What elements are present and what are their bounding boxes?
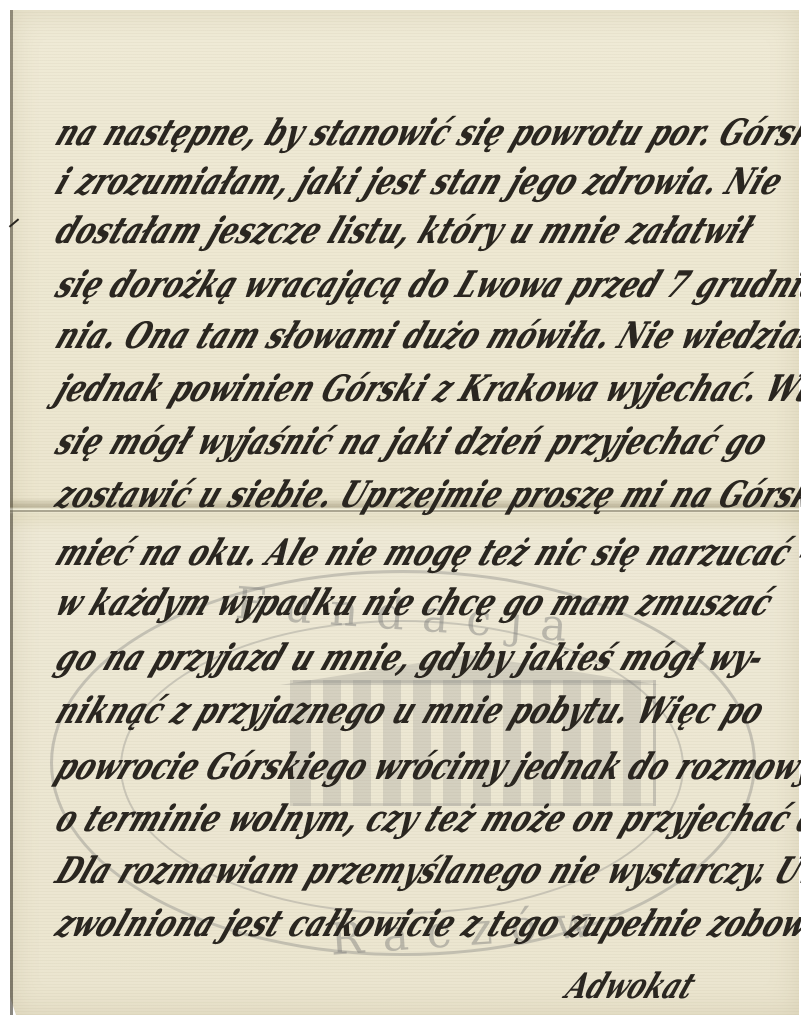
letter-line: niknąć z przyjaznego u mnie pobytu. Więc… — [50, 691, 771, 733]
signature: Adwokat — [560, 967, 701, 1008]
letter-line: go na przyjazd u mnie, gdyby jakieś mógł… — [50, 638, 771, 680]
letter-line: i zrozumiałam, jaki jest stan jego zdrow… — [50, 162, 790, 204]
letter-line: się dorożką wracającą do Lwowa przed 7 g… — [50, 265, 801, 307]
letter-line: w każdym wypadku nie chcę go mam zmuszać — [50, 583, 779, 625]
letter-line: nia. Ona tam słowami dużo mówiła. Nie wi… — [50, 316, 801, 358]
letter-line: Dla rozmawiam przemyślanego nie wystarcz… — [50, 851, 801, 893]
letter-line: na następne, by stanowić się powrotu por… — [50, 113, 801, 155]
letter-line: o terminie wolnym, czy też może on przyj… — [50, 799, 801, 841]
letter-line: się mógł wyjaśnić na jaki dzień przyjech… — [50, 422, 774, 464]
letter-line: zwolniona jest całkowicie z tego zupełni… — [50, 904, 801, 946]
letter-line: powrocie Górskiego wrócimy jednak do roz… — [50, 747, 801, 789]
letter-line: dostałam jeszcze listu, który u mnie zał… — [50, 211, 759, 253]
letter-line: mieć na oku. Ale nie mogę też nic się na… — [50, 533, 801, 575]
letter-line: zostawić u siebie. Uprzejmie proszę mi n… — [50, 475, 801, 517]
letter-line: jednak powinien Górski z Krakowa wyjecha… — [50, 369, 801, 411]
